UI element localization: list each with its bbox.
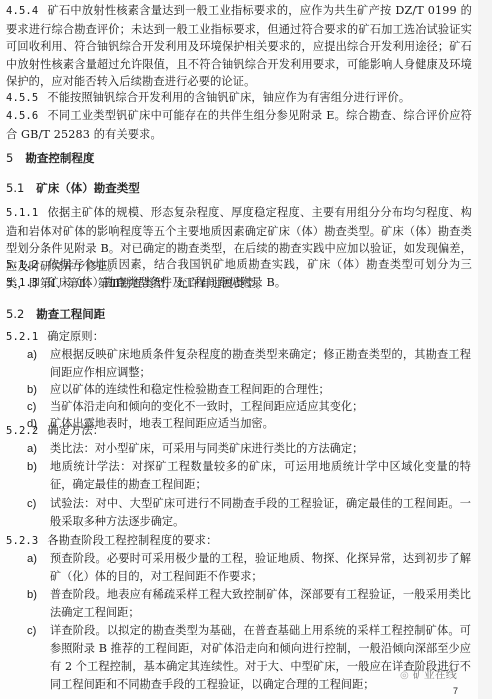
item-label: b) [27,458,37,476]
document-page: 4.5.4矿石中放射性核素含量达到一般工业指标要求的，应作为共生矿产按 DZ/T… [0,0,478,699]
heading-title: 矿床（体）勘查类型 [36,181,140,195]
clause-number: 5.1.3 [6,277,38,289]
clause-4-5-6: 4.5.6不同工业类型钒矿床中可能存在的共伴生组分参见附录 E。综合勘查、综合评… [6,107,472,143]
clause-5-2-1: 5.2.1确定原则： [6,328,472,347]
clause-number: 5.2.1 [6,331,38,343]
clause-text: 矿石中放射性核素含量达到一般工业指标要求的，应作为共生矿产按 DZ/T 0199… [6,4,472,88]
item-label: a) [27,346,37,364]
list-item: c)详查阶段。以拟定的勘查类型为基础，在普查基础上用系统的采样工程控制矿体。可参… [27,622,471,694]
clause-5-2-3: 5.2.3各勘查阶段工程控制程度的要求： [6,532,472,551]
list-item: c)当矿体沿走向和倾向的变化不一致时，工程间距应适应其变化； [27,398,471,416]
section-heading-5-2: 5.2勘查工程间距 [6,306,105,322]
clause-5-2-2-head: 5.2.2确定方法： [6,422,472,441]
clause-text: 确定原则： [47,330,104,343]
list-item: b)应以矿体的连续性和稳定性检验勘查工程间距的合理性； [27,381,471,399]
clause-text: 矿床（体）勘查类型条件及工程间距见附录 B。 [47,276,286,289]
clause-text: 不能按照铀钒综合开发利用的含铀钒矿床，铀应作为有害组分进行评价。 [47,91,410,104]
clause-number: 4.5.4 [6,5,38,17]
section-heading-5: 5勘查控制程度 [6,150,94,166]
list-item: b)普查阶段。地表应有稀疏采样工程大致控制矿体，深部要有工程验证，一般采用类比法… [27,586,471,622]
clause-number: 5.2.3 [6,535,38,547]
item-label: c) [27,398,36,416]
heading-title: 勘查工程间距 [36,307,105,321]
list-item: c)试验法：对中、大型矿床可进行不同勘查手段的工程验证，确定最佳的工程间距。一般… [27,495,471,531]
item-label: b) [27,381,37,399]
item-label: b) [27,586,37,604]
heading-title: 勘查控制程度 [25,151,94,165]
list-item: a)应根据反映矿床地质条件复杂程度的勘查类型来确定；修正勘查类型的，其勘查工程间… [27,346,471,382]
clause-text: 确定方法： [47,424,104,437]
clause-4-5-4: 4.5.4矿石中放射性核素含量达到一般工业指标要求的，应作为共生矿产按 DZ/T… [6,2,472,91]
item-text: 类比法：对小型矿床，可采用与同类矿床进行类比的方法确定； [50,440,471,458]
item-text: 地质统计学法：对探矿工程数量较多的矿床，可运用地质统计学中区域化变量的特征，确定… [50,458,471,494]
clause-number: 5.1.2 [6,259,38,271]
list-item: b)地质统计学法：对探矿工程数量较多的矿床，可运用地质统计学中区域化变量的特征，… [27,458,471,494]
item-text: 试验法：对中、大型矿床可进行不同勘查手段的工程验证，确定最佳的工程间距。一般采取… [50,495,471,531]
wechat-icon: ◎ [400,670,409,681]
section-heading-5-1: 5.1矿床（体）勘查类型 [6,180,140,196]
item-label: c) [27,495,36,513]
clause-number: 5.1.1 [6,207,38,219]
clause-text: 不同工业类型钒矿床中可能存在的共伴生组分参见附录 E。综合勘查、综合评价应符合 … [6,109,472,141]
item-text: 应以矿体的连续性和稳定性检验勘查工程间距的合理性； [50,381,471,399]
heading-number: 5.1 [6,181,24,195]
page-edge [478,0,492,699]
list-item: a)预查阶段。必要时可采用极少量的工程，验证地质、物探、化探异常，达到初步了解矿… [27,550,471,586]
item-text: 预查阶段。必要时可采用极少量的工程，验证地质、物探、化探异常，达到初步了解矿（化… [50,550,471,586]
item-text: 普查阶段。地表应有稀疏采样工程大致控制矿体，深部要有工程验证，一般采用类比法确定… [50,586,471,622]
watermark: ◎矿业在线 [400,666,457,682]
item-text: 详查阶段。以拟定的勘查类型为基础，在普查基础上用系统的采样工程控制矿体。可参照附… [50,622,471,694]
item-label: a) [27,440,37,458]
item-text: 当矿体沿走向和倾向的变化不一致时，工程间距应适应其变化； [50,398,471,416]
page-number: 7 [453,686,458,696]
clause-number: 5.2.2 [6,425,38,437]
clause-text: 各勘查阶段工程控制程度的要求： [47,534,217,547]
heading-number: 5 [6,151,13,165]
watermark-text: 矿业在线 [413,668,457,681]
clause-number: 4.5.5 [6,92,38,104]
item-label: c) [27,622,36,640]
item-label: a) [27,550,37,568]
clause-number: 4.5.6 [6,110,38,122]
item-text: 应根据反映矿床地质条件复杂程度的勘查类型来确定；修正勘查类型的，其勘查工程间距应… [50,346,471,382]
clause-4-5-5: 4.5.5不能按照铀钒综合开发利用的含铀钒矿床，铀应作为有害组分进行评价。 [6,89,472,108]
heading-number: 5.2 [6,307,24,321]
clause-5-1-3: 5.1.3矿床（体）勘查类型条件及工程间距见附录 B。 [6,274,472,293]
list-item: a)类比法：对小型矿床，可采用与同类矿床进行类比的方法确定； [27,440,471,458]
